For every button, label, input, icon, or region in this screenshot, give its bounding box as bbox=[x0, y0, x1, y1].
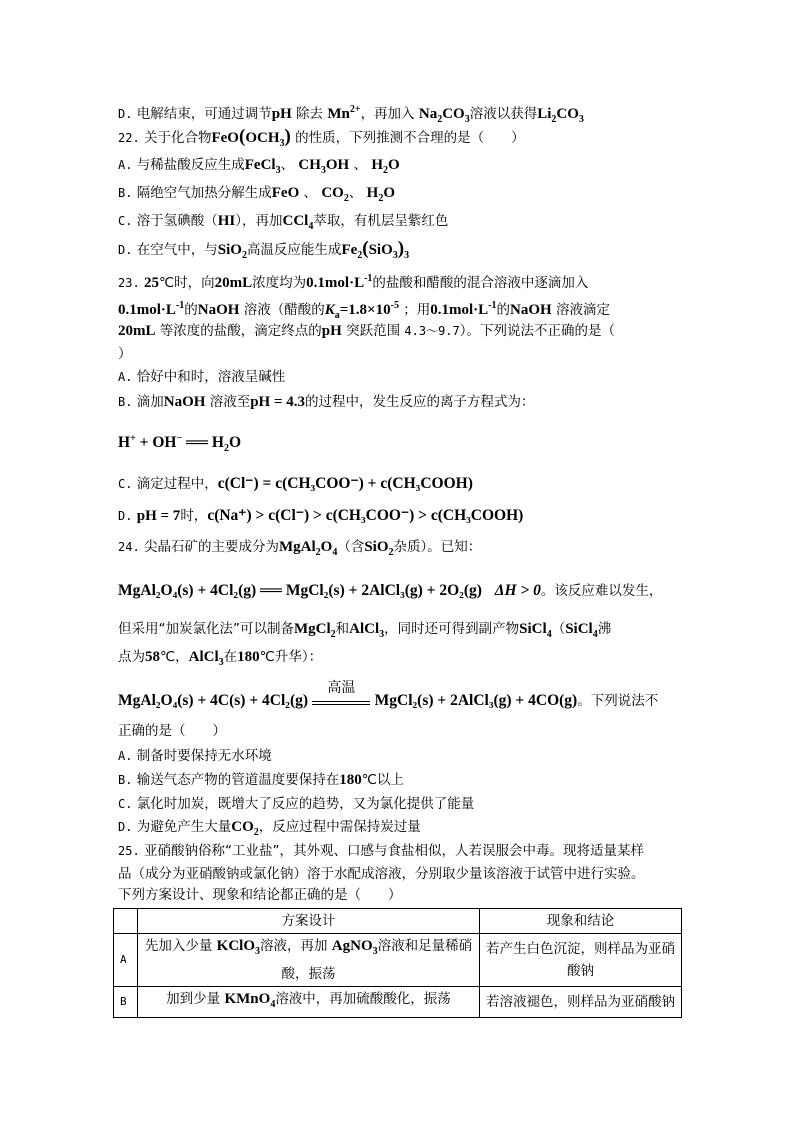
q25-stem-line3: 下列方案设计、现象和结论都正确的是（ ） bbox=[118, 886, 402, 904]
q23-stem-line1: 23. 25℃时，向20mL浓度均为0.1mol·L-1的盐酸和醋酸的混合溶液中… bbox=[118, 270, 588, 292]
q21-option-d: D. 电解结束，可通过调节pH 除去 Mn2+，再加入 Na2CO3溶液以获得L… bbox=[118, 101, 584, 129]
q22-option-a: A. 与稀盐酸反应生成FeCl3、 CH3OH 、 H2O bbox=[118, 156, 400, 180]
row-label: B bbox=[114, 987, 138, 1018]
reaction-condition-arrow: 高温 bbox=[312, 699, 370, 705]
q23-option-a: A. 恰好中和时，溶液呈碱性 bbox=[118, 368, 285, 386]
q22-option-d: D. 在空气中，与SiO2高温反应能生成Fe2(SiO3)3 bbox=[118, 240, 409, 265]
q24-equation-2: MgAl₂O₄(s) + 4C(s) + 4Cl₂(g) 高温 MgCl₂(s)… bbox=[118, 692, 658, 710]
q24-option-a: A. 制备时要保持无水环境 bbox=[118, 747, 272, 765]
table-row: A 先加入少量 KClO3溶液，再加 AgNO3溶液和足量稀硝酸，振荡 若产生白… bbox=[114, 934, 682, 987]
q24-stem-line5: 正确的是（ ） bbox=[118, 722, 226, 740]
q24-option-c: C. 氯化时加炭，既增大了反应的趋势，又为氯化提供了能量 bbox=[118, 795, 474, 813]
q23-stem-line4: ） bbox=[118, 345, 132, 363]
table-header-cell: 现象和结论 bbox=[480, 909, 682, 934]
q24-option-b: B. 输送气态产物的管道温度要保持在180℃以上 bbox=[118, 771, 404, 789]
q24-stem-line3: 点为58℃，AlCl3在180℃升华）： bbox=[118, 648, 322, 672]
table-row: B 加到少量 KMnO4溶液中，再加硫酸酸化，振荡 若溶液褪色，则样品为亚硝酸钠 bbox=[114, 987, 682, 1018]
q23-option-b-equation: H+ + OH− ══ H2O bbox=[118, 430, 241, 458]
q23-stem-line3: 20mL 等浓度的盐酸，滴定终点的pH 突跃范围 4.3～9.7）。下列说法不正… bbox=[118, 322, 615, 340]
design-cell: 先加入少量 KClO3溶液，再加 AgNO3溶液和足量稀硝酸，振荡 bbox=[138, 934, 480, 987]
q24-stem-line2: 但采用“加炭氯化法”可以制备MgCl2和AlCl3，同时还可得到副产物SiCl4… bbox=[118, 620, 611, 644]
q24-stem: 24. 尖晶石矿的主要成分为MgAl2O4（含SiO2杂质）。已知： bbox=[118, 538, 481, 562]
q24-option-d: D. 为避免产生大量CO2，反应过程中需保持炭过量 bbox=[118, 818, 421, 842]
q24-equation-1: MgAl₂O₄(s) + 4Cl₂(g) ══ MgCl₂(s) + 2AlCl… bbox=[118, 582, 662, 600]
q23-option-c: C. 滴定过程中，c(Cl⁻) = c(CH₃COO⁻) + c(CH₃COOH… bbox=[118, 475, 473, 493]
q25-options-table: 方案设计 现象和结论 A 先加入少量 KClO3溶液，再加 AgNO3溶液和足量… bbox=[113, 908, 682, 1018]
q23-stem-line2: 0.1mol·L-1的NaOH 溶液（醋酸的Ka=1.8×10-5 ；用0.1m… bbox=[118, 297, 610, 325]
result-cell: 若产生白色沉淀，则样品为亚硝酸钠 bbox=[480, 934, 682, 987]
q22-stem: 22. 关于化合物FeO(OCH3) 的性质，下列推测不合理的是（ ） bbox=[118, 128, 525, 153]
result-cell: 若溶液褪色，则样品为亚硝酸钠 bbox=[480, 987, 682, 1018]
table-header-row: 方案设计 现象和结论 bbox=[114, 909, 682, 934]
q23-option-b: B. 滴加NaOH 溶液至pH = 4.3的过程中，发生反应的离子方程式为： bbox=[118, 393, 535, 411]
table-header-cell: 方案设计 bbox=[138, 909, 480, 934]
q25-stem-line1: 25. 亚硝酸钠俗称“工业盐”，其外观、口感与食盐相似，人若误服会中毒。现将适量… bbox=[118, 842, 644, 860]
q22-option-c: C. 溶于氢碘酸（HI），再加CCl4萃取，有机层呈紫红色 bbox=[118, 212, 448, 236]
q23-option-d: D. pH = 7时，c(Na⁺) > c(Cl⁻) > c(CH₃COO⁻) … bbox=[118, 507, 523, 525]
design-cell: 加到少量 KMnO4溶液中，再加硫酸酸化，振荡 bbox=[138, 987, 480, 1018]
q25-stem-line2: 品（成分为亚硝酸钠或氯化钠）溶于水配成溶液，分别取少量该溶液于试管中进行实验。 bbox=[118, 865, 645, 883]
table-header-cell bbox=[114, 909, 138, 934]
row-label: A bbox=[114, 934, 138, 987]
q22-option-b: B. 隔绝空气加热分解生成FeO 、 CO2、 H2O bbox=[118, 184, 395, 208]
